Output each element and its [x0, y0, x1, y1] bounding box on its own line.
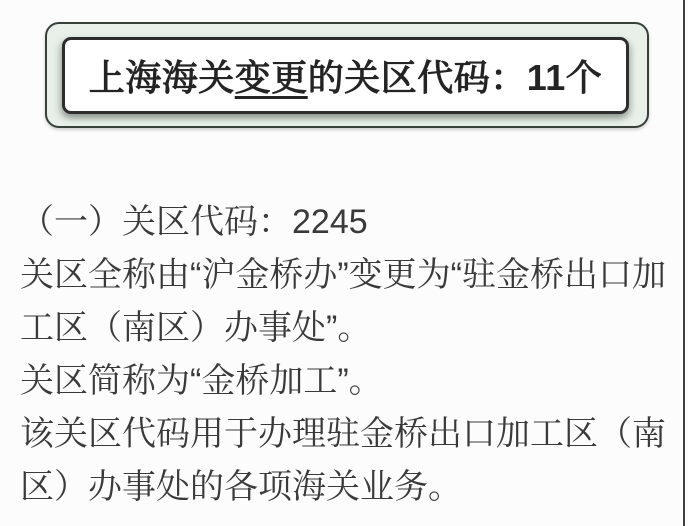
paragraph-short-name: 关区简称为“金桥加工”。: [20, 355, 676, 408]
article-body: （一）关区代码：2245 关区全称由“沪金桥办”变更为“驻金桥出口加工区（南区）…: [20, 196, 676, 514]
paragraph-full-name-change: 关区全称由“沪金桥办”变更为“驻金桥出口加工区（南区）办事处”。: [20, 249, 676, 355]
screen-edge-line: [683, 0, 685, 526]
paragraph-usage: 该关区代码用于办理驻金桥出口加工区（南区）办事处的各项海关业务。: [20, 408, 676, 514]
page-title: 上海海关变更的关区代码：11个: [89, 50, 603, 101]
title-banner-inner-box: 上海海关变更的关区代码：11个: [62, 37, 629, 114]
paragraph-customs-code: （一）关区代码：2245: [20, 196, 676, 249]
page-title-prefix: 上海海关: [89, 57, 235, 98]
page-title-suffix: 的关区代码：11个: [308, 57, 603, 98]
page-title-underlined-word: 变更: [235, 57, 308, 98]
title-banner-outer-box: 上海海关变更的关区代码：11个: [45, 22, 649, 128]
